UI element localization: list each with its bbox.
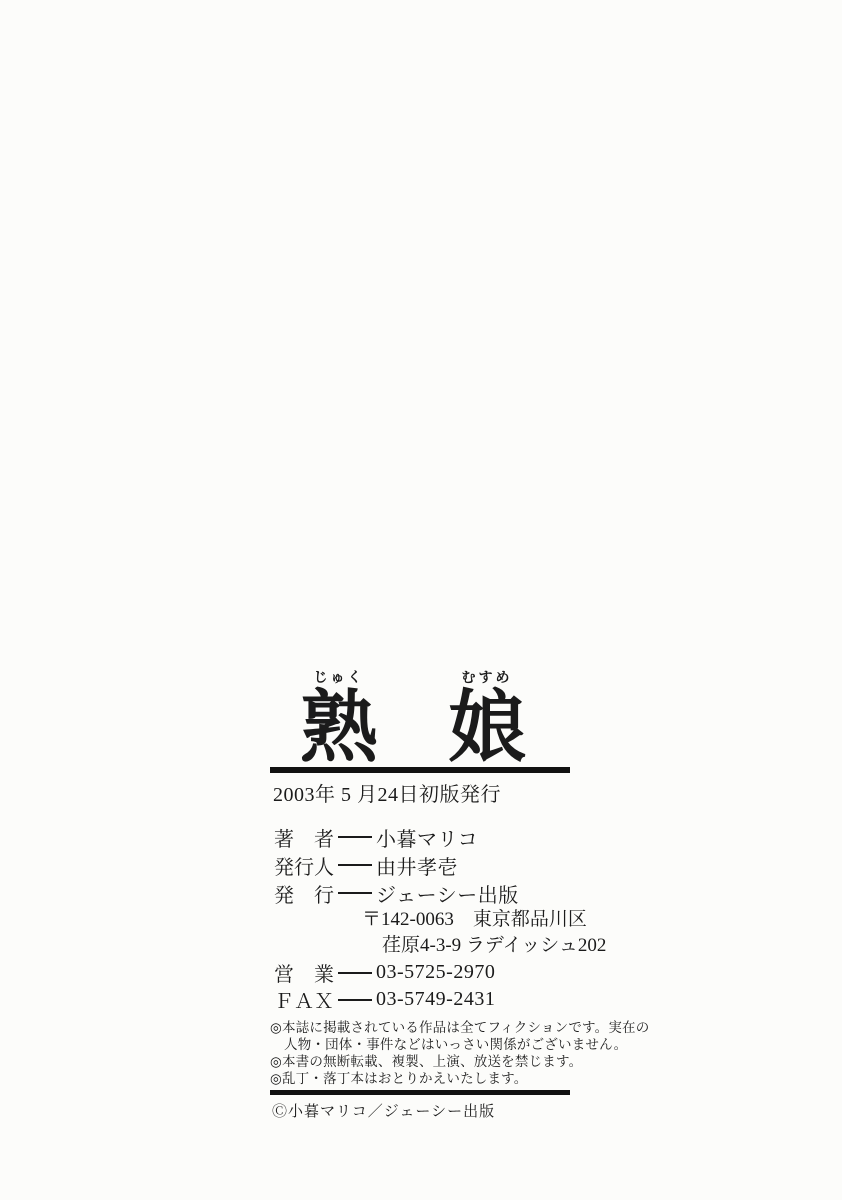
book-colophon-page: じゅく 熟 むすめ 娘 2003年 5 月24日初版発行 著 者 小暮マリコ 発…: [0, 0, 842, 1200]
label-dash: [338, 972, 372, 974]
colophon-block: じゅく 熟 むすめ 娘 2003年 5 月24日初版発行 著 者 小暮マリコ 発…: [270, 665, 570, 1121]
label-dash: [338, 892, 372, 894]
title-kanji-musume: 娘: [448, 688, 526, 768]
field-label-author: 著 者: [274, 823, 336, 852]
title-word-musume: むすめ 娘: [448, 671, 526, 768]
publisher-address-line2: 荏原4-3-9 ラデイッシュ202: [270, 933, 570, 959]
field-value-author: 小暮マリコ: [376, 823, 478, 852]
field-label-publisher: 発 行: [274, 879, 336, 908]
field-value-sales-phone: 03-5725-2970: [376, 961, 495, 984]
field-value-publisher-person: 由井孝壱: [376, 851, 458, 880]
label-dash: [338, 999, 372, 1001]
label-dash: [338, 836, 372, 838]
edition-date-line: 2003年 5 月24日初版発行: [270, 773, 570, 803]
field-label-sales: 営 業: [274, 958, 336, 987]
field-row-publisher-person: 発行人 由井孝壱: [270, 851, 570, 879]
notice-no-reproduction: ◎本書の無断転載、複製、上演、放送を禁じます。: [270, 1053, 570, 1070]
legal-notices: ◎本誌に掲載されている作品は全てフィクションです。実在の 人物・団体・事件などは…: [270, 1019, 570, 1087]
title-word-juku: じゅく 熟: [300, 671, 378, 768]
field-row-publisher: 発 行 ジェーシー出版: [270, 879, 570, 907]
title-kanji-juku: 熟: [300, 688, 378, 768]
notice-fiction-line1: ◎本誌に掲載されている作品は全てフィクションです。実在の: [270, 1019, 570, 1036]
book-title: じゅく 熟 むすめ 娘: [270, 665, 570, 767]
copyright-line: Ⓒ小暮マリコ／ジェーシー出版: [270, 1095, 570, 1121]
field-row-sales-phone: 営 業 03-5725-2970: [270, 959, 570, 986]
contact-fields: 営 業 03-5725-2970 ＦＡＸ 03-5749-2431: [270, 959, 570, 1013]
publisher-address-line1: 〒142-0063 東京都品川区: [270, 907, 570, 933]
field-value-fax: 03-5749-2431: [376, 988, 495, 1011]
notice-defective-copies: ◎乱丁・落丁本はおとりかえいたします。: [270, 1070, 570, 1087]
publication-fields: 著 者 小暮マリコ 発行人 由井孝壱 発 行 ジェーシー出版: [270, 823, 570, 907]
field-row-author: 著 者 小暮マリコ: [270, 823, 570, 851]
label-dash: [338, 864, 372, 866]
field-row-fax: ＦＡＸ 03-5749-2431: [270, 986, 570, 1013]
field-label-publisher-person: 発行人: [274, 851, 336, 880]
field-value-publisher: ジェーシー出版: [376, 879, 519, 908]
notice-fiction-line2: 人物・団体・事件などはいっさい関係がございません。: [270, 1036, 570, 1053]
field-label-fax: ＦＡＸ: [274, 985, 336, 1014]
